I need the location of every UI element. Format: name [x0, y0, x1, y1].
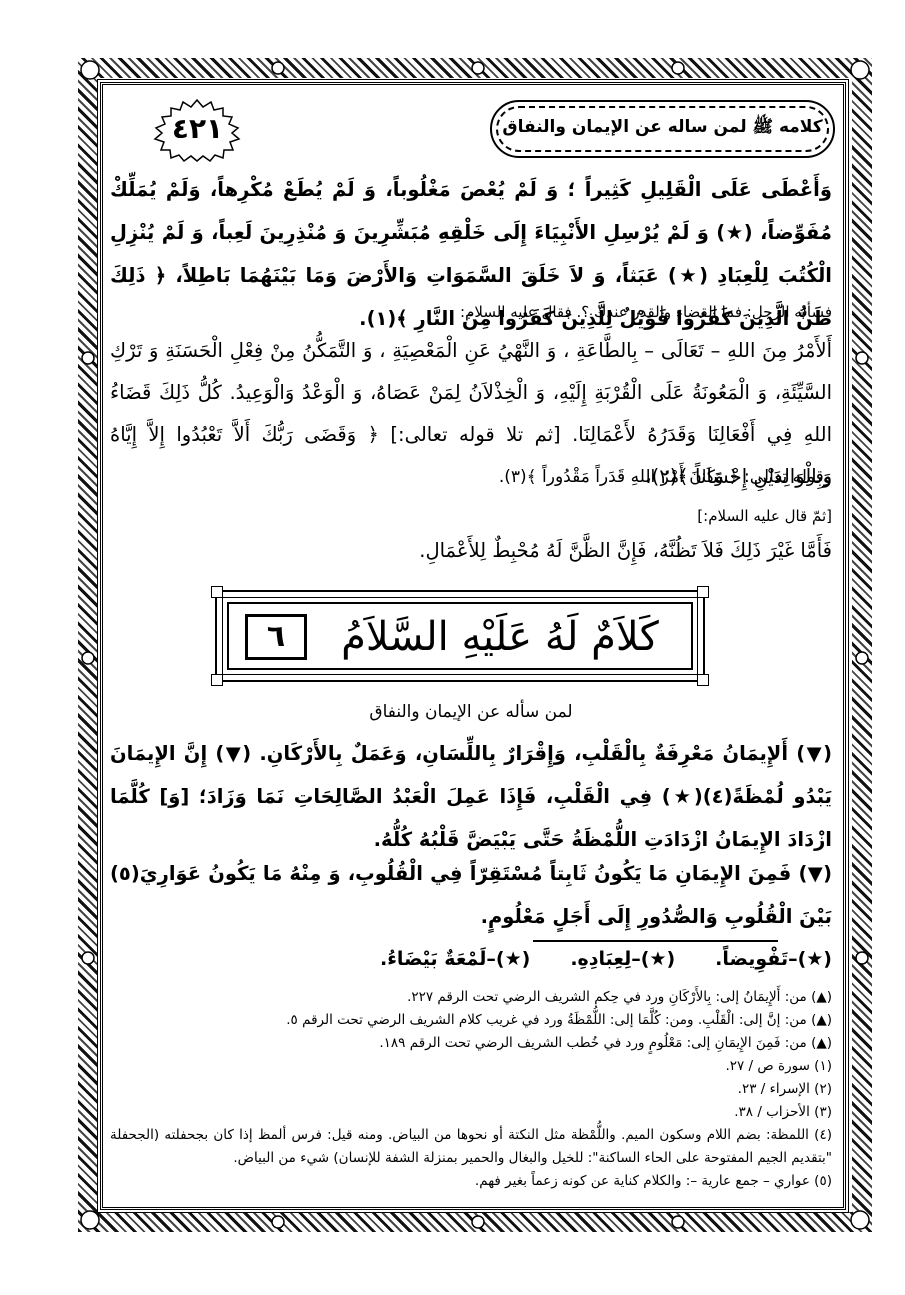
- paragraph-quran-verse: وقوله تعالى: ﴿ وَكَانَ أَمْرُ اللهِ قَدَ…: [110, 456, 832, 498]
- corner-ornament: [697, 674, 709, 686]
- section-title: كَلاَمٌ لَهُ عَلَيْهِ السَّلاَمُ: [327, 608, 673, 666]
- footnote-ref: (٤) اللمظة: بضم اللام وسكون الميم. واللُ…: [110, 1124, 832, 1170]
- paragraph-closing: فَأَمَّا غَيْرَ ذَلِكَ فَلاَ تَظُنَّهُ، …: [110, 530, 832, 572]
- corner-ornament: [211, 674, 223, 686]
- footnote-source: (▲) من: أَلإِيمَانُ إلى: بِالأَرْكَانِ و…: [110, 986, 832, 1009]
- running-head-title: كلامه ﷺ لمن ساله عن الإيمان والنفاق: [492, 116, 833, 141]
- footnotes: (▲) من: أَلإِيمَانُ إلى: بِالأَرْكَانِ و…: [110, 986, 832, 1193]
- footnote-ref: (٣) الأحزاب / ٣٨.: [110, 1101, 832, 1124]
- section-number: ٦: [245, 614, 307, 660]
- footnote-ref: (٥) عواري – جمع عارية –: والكلام كناية ع…: [110, 1170, 832, 1193]
- footnote-separator: [533, 940, 778, 942]
- bracket-note: [ثمّ قال عليه السلام:]: [110, 504, 832, 528]
- running-head: كلامه ﷺ لمن ساله عن الإيمان والنفاق: [490, 100, 835, 158]
- section-paragraph-2: (▼) فَمِنَ الإِيمَانِ مَا يَكُونُ ثَابِت…: [110, 852, 832, 938]
- page-number-badge: ٤٢١: [150, 98, 245, 163]
- section-subtitle: لمن سأله عن الإيمان والنفاق: [110, 702, 832, 722]
- footnote-ref: (٢) الإسراء / ٢٣.: [110, 1078, 832, 1101]
- variant-item: (★)–لَمْعَةٌ بَيْضَاءُ.: [380, 948, 530, 970]
- corner-ornament: [697, 586, 709, 598]
- variant-item: (★)–تَفْوِيضاً.: [715, 948, 832, 970]
- footnote-source: (▲) من: فَمِنَ الإِيمَانِ إلى: مَعْلُومٍ…: [110, 1032, 832, 1055]
- section-title-box: ٦ كَلاَمٌ لَهُ عَلَيْهِ السَّلاَمُ: [215, 590, 705, 682]
- variant-item: (★)–لِعِبَادِهِ.: [570, 948, 675, 970]
- variant-readings: (★)–تَفْوِيضاً. (★)–لِعِبَادِهِ. (★)–لَم…: [110, 948, 832, 970]
- footnote-source: (▲) من: إنَّ إلى: الْقَلْبِ. ومن: كُلَّم…: [110, 1009, 832, 1032]
- question-line: فسأله الرجل: فما القضاء والقدر عندك ؟. ف…: [110, 300, 832, 324]
- page-number: ٤٢١: [150, 112, 245, 145]
- section-paragraph-1: (▼) أَلإِيمَانُ مَعْرِفَةٌ بِالْقَلْبِ، …: [110, 732, 832, 861]
- footnote-ref: (١) سورة ص / ٢٧.: [110, 1055, 832, 1078]
- corner-ornament: [211, 586, 223, 598]
